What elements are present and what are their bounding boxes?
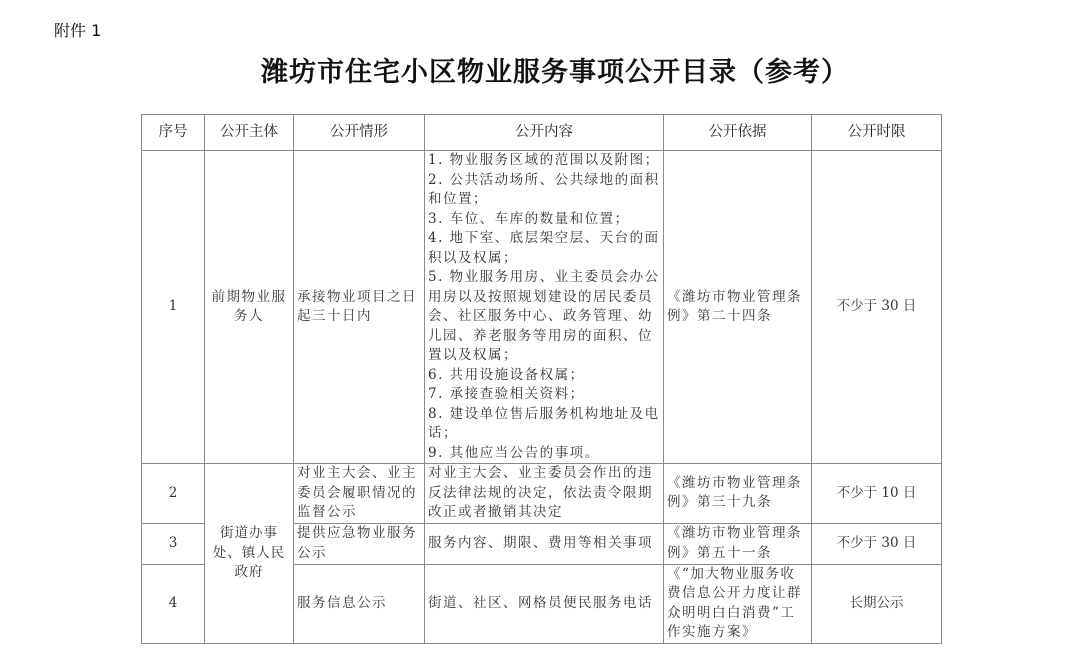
table-header-row: 序号 公开主体 公开情形 公开内容 公开依据 公开时限: [142, 115, 942, 151]
cell-subject: 街道办事处、镇人民政府: [205, 464, 294, 644]
cell-no: 1: [142, 151, 205, 464]
cell-deadline: 不少于 30 日: [812, 523, 942, 564]
cell-content: 1. 物业服务区域的范围以及附图； 2. 公共活动场所、公共绿地的面积和位置； …: [425, 151, 664, 464]
header-subject: 公开主体: [205, 115, 294, 151]
cell-no: 2: [142, 464, 205, 524]
cell-content: 街道、社区、网格员便民服务电话: [425, 564, 664, 643]
cell-content: 对业主大会、业主委员会作出的违反法律法规的决定，依法责令限期改正或者撤销其决定: [425, 464, 664, 524]
cell-situation: 对业主大会、业主委员会履职情况的监督公示: [294, 464, 425, 524]
content-item: 5. 物业服务用房、业主委员会办公用房以及按照规划建设的居民委员会、社区服务中心…: [428, 268, 660, 366]
content-item: 6. 共用设施设备权属；: [428, 366, 660, 386]
content-item: 8. 建设单位售后服务机构地址及电话；: [428, 405, 660, 444]
cell-situation: 提供应急物业服务公示: [294, 523, 425, 564]
content-item: 9. 其他应当公告的事项。: [428, 444, 660, 464]
cell-basis: 《潍坊市物业管理条例》第五十一条: [664, 523, 812, 564]
cell-situation: 承接物业项目之日起三十日内: [294, 151, 425, 464]
cell-subject: 前期物业服务人: [205, 151, 294, 464]
cell-basis: 《“加大物业服务收费信息公开力度让群众明明白白消费”工作实施方案》: [664, 564, 812, 643]
header-content: 公开内容: [425, 115, 664, 151]
content-item: 7. 承接查验相关资料；: [428, 385, 660, 405]
table-row: 2 街道办事处、镇人民政府 对业主大会、业主委员会履职情况的监督公示 对业主大会…: [142, 464, 942, 524]
cell-no: 3: [142, 523, 205, 564]
cell-deadline: 不少于 10 日: [812, 464, 942, 524]
cell-no: 4: [142, 564, 205, 643]
document-title: 潍坊市住宅小区物业服务事项公开目录（参考）: [0, 50, 1080, 89]
cell-content: 服务内容、期限、费用等相关事项: [425, 523, 664, 564]
content-item: 1. 物业服务区域的范围以及附图；: [428, 151, 660, 171]
cell-basis: 《潍坊市物业管理条例》第二十四条: [664, 151, 812, 464]
cell-deadline: 不少于 30 日: [812, 151, 942, 464]
header-deadline: 公开时限: [812, 115, 942, 151]
cell-basis: 《潍坊市物业管理条例》第三十九条: [664, 464, 812, 524]
disclosure-table: 序号 公开主体 公开情形 公开内容 公开依据 公开时限 1 前期物业服务人 承接…: [141, 114, 942, 644]
header-no: 序号: [142, 115, 205, 151]
content-item: 2. 公共活动场所、公共绿地的面积和位置；: [428, 171, 660, 210]
cell-situation: 服务信息公示: [294, 564, 425, 643]
header-situation: 公开情形: [294, 115, 425, 151]
table-row: 1 前期物业服务人 承接物业项目之日起三十日内 1. 物业服务区域的范围以及附图…: [142, 151, 942, 464]
attachment-label: 附件 1: [54, 18, 101, 41]
cell-deadline: 长期公示: [812, 564, 942, 643]
content-item: 3. 车位、车库的数量和位置；: [428, 210, 660, 230]
content-item: 4. 地下室、底层架空层、天台的面积以及权属；: [428, 229, 660, 268]
header-basis: 公开依据: [664, 115, 812, 151]
